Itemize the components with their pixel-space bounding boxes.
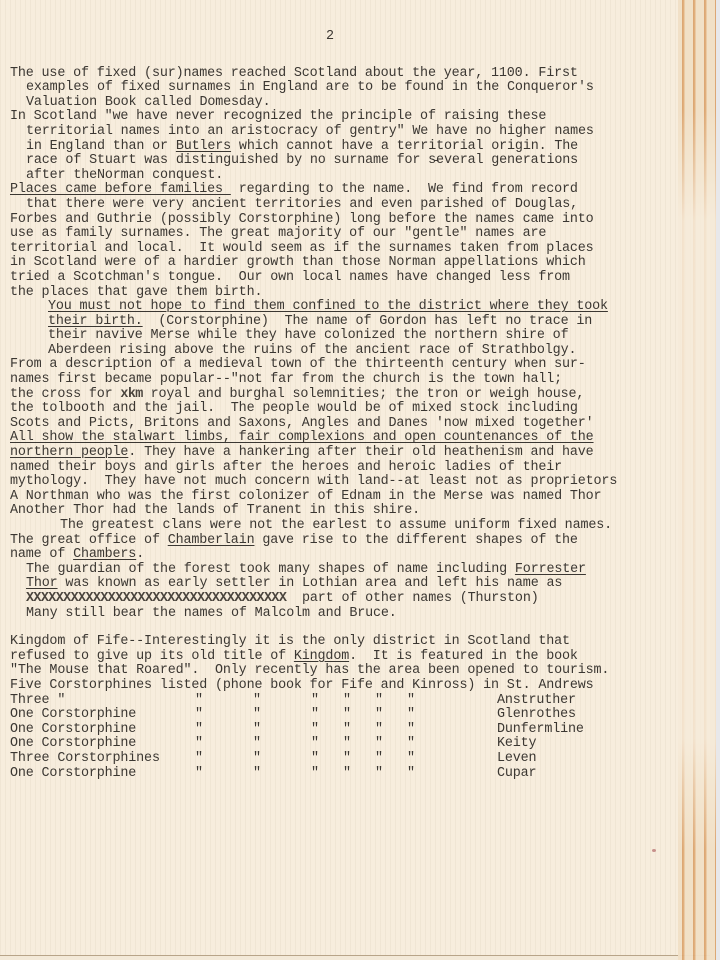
- ditto-mark: ": [375, 767, 407, 782]
- ditto-mark: ": [375, 737, 407, 752]
- ditto-mark: ": [343, 767, 375, 782]
- text-line: race of Stuart was distinguished by no s…: [10, 154, 690, 169]
- text-line: in England than or Butlers which cannot …: [10, 140, 690, 155]
- text-line: Places came before families regarding to…: [10, 183, 690, 198]
- text-line: "The Mouse that Roared". Only recently h…: [10, 664, 690, 679]
- underlined-term: Kingdom: [294, 649, 349, 664]
- listing-town: Dunfermline: [497, 723, 617, 738]
- typed-document: 2 The use of fixed (sur)names reached Sc…: [10, 30, 690, 781]
- text-line: The use of fixed (sur)names reached Scot…: [10, 67, 690, 82]
- scan-edge: [716, 0, 720, 960]
- ditto-mark: ": [253, 752, 311, 767]
- listings-table: Three """""""AnstrutherOne Corstorphine"…: [10, 694, 690, 782]
- listing-row: One Corstorphine""""""Cupar: [10, 767, 690, 782]
- listing-row: One Corstorphine""""""Dunfermline: [10, 723, 690, 738]
- text-line: Five Corstorphines listed (phone book fo…: [10, 679, 690, 694]
- ditto-mark: ": [253, 737, 311, 752]
- text-line: The guardian of the forest took many sha…: [10, 563, 690, 578]
- underlined-term: Butlers: [176, 139, 231, 154]
- listing-row: One Corstorphine""""""Keity: [10, 737, 690, 752]
- text-line: Many still bear the names of Malcolm and…: [10, 607, 690, 622]
- ditto-mark: ": [311, 723, 343, 738]
- underlined-term: Chamberlain: [168, 533, 255, 548]
- ditto-mark: ": [407, 708, 497, 723]
- text-line: named their boys and girls after the her…: [10, 461, 690, 476]
- text-line: Another Thor had the lands of Tranent in…: [10, 504, 690, 519]
- listing-count: One Corstorphine: [10, 737, 195, 752]
- ditto-mark: ": [407, 767, 497, 782]
- text-line: tried a Scotchman's tongue. Our own loca…: [10, 271, 690, 286]
- text-line: You must not hope to find them confined …: [10, 300, 690, 315]
- listing-row: Three """""""Anstruther: [10, 694, 690, 709]
- ditto-mark: ": [311, 694, 343, 709]
- ditto-mark: ": [343, 752, 375, 767]
- text-line: territorial names into an aristocracy of…: [10, 125, 690, 140]
- text-line: their birth. (Corstorphine) The name of …: [10, 315, 690, 330]
- text-line: Valuation Book called Domesday.: [10, 96, 690, 111]
- ditto-mark: ": [375, 752, 407, 767]
- listing-town: Leven: [497, 752, 617, 767]
- underlined-quote: their birth.: [48, 314, 143, 329]
- text-line: All show the stalwart limbs, fair comple…: [10, 431, 690, 446]
- ditto-mark: ": [311, 767, 343, 782]
- text-line: refused to give up its old title of King…: [10, 650, 690, 665]
- struck-text: XXXXXXXXXXXXXXXXXXXXXXXXXXXXXXXXXXX: [26, 591, 286, 606]
- ditto-mark: ": [195, 767, 253, 782]
- listing-town: Glenrothes: [497, 708, 617, 723]
- ditto-mark: ": [343, 737, 375, 752]
- text-line: Thor was known as early settler in Lothi…: [10, 577, 690, 592]
- listing-count: One Corstorphine: [10, 723, 195, 738]
- text-line: XXXXXXXXXXXXXXXXXXXXXXXXXXXXXXXXXXX part…: [10, 592, 690, 607]
- text-line: The great office of Chamberlain gave ris…: [10, 534, 690, 549]
- text-line: the tolbooth and the jail. The people wo…: [10, 402, 690, 417]
- text-line: names first became popular--"not far fro…: [10, 373, 690, 388]
- ditto-mark: ": [195, 752, 253, 767]
- ditto-mark: ": [407, 752, 497, 767]
- ditto-mark: ": [311, 737, 343, 752]
- listing-count: Three Corstorphines: [10, 752, 195, 767]
- text-line: Kingdom of Fife--Interestingly it is the…: [10, 635, 690, 650]
- underlined-term: Forrester: [515, 562, 586, 577]
- ditto-mark: ": [375, 694, 407, 709]
- listing-count: Three ": [10, 694, 195, 709]
- ditto-mark: ": [407, 723, 497, 738]
- ditto-mark: ": [311, 752, 343, 767]
- struck-text: xkm: [120, 387, 142, 402]
- text-line: name of Chambers.: [10, 548, 690, 563]
- page-number: 2: [10, 30, 690, 45]
- ditto-mark: ": [375, 723, 407, 738]
- text-line: that there were very ancient territories…: [10, 198, 690, 213]
- ditto-mark: ": [311, 708, 343, 723]
- ditto-mark: ": [253, 694, 311, 709]
- text-line: use as family surnames. The great majori…: [10, 227, 690, 242]
- ditto-mark: ": [343, 723, 375, 738]
- ditto-mark: ": [195, 694, 253, 709]
- text-line: after theNorman conquest.: [10, 169, 690, 184]
- ditto-mark: ": [195, 737, 253, 752]
- text-line: their navive Merse while they have colon…: [10, 329, 690, 344]
- text-line: Scots and Picts, Britons and Saxons, Ang…: [10, 417, 690, 432]
- text-line: Aberdeen rising above the ruins of the a…: [10, 344, 690, 359]
- underlined-quote: All show the stalwart limbs, fair comple…: [10, 430, 594, 445]
- underlined-term: Chambers: [73, 547, 136, 562]
- text-line: In Scotland "we have never recognized th…: [10, 110, 690, 125]
- listing-count: One Corstorphine: [10, 767, 195, 782]
- listing-town: Cupar: [497, 767, 617, 782]
- ditto-mark: ": [195, 723, 253, 738]
- underlined-quote: northern people: [10, 445, 128, 460]
- ditto-mark: ": [253, 708, 311, 723]
- listing-town: Keity: [497, 737, 617, 752]
- text-line: northern people. They have a hankering a…: [10, 446, 690, 461]
- ditto-mark: ": [195, 708, 253, 723]
- ditto-mark: ": [407, 694, 497, 709]
- ditto-mark: ": [407, 737, 497, 752]
- text-line: examples of fixed surnames in England ar…: [10, 81, 690, 96]
- listing-row: Three Corstorphines""""""Leven: [10, 752, 690, 767]
- text-line: territorial and local. It would seem as …: [10, 242, 690, 257]
- ditto-mark: ": [343, 708, 375, 723]
- text-line: The greatest clans were not the earlest …: [10, 519, 690, 534]
- underlined-term: Thor: [26, 576, 58, 591]
- text-line: Forbes and Guthrie (possibly Corstorphin…: [10, 213, 690, 228]
- underlined-quote: You must not hope to find them confined …: [48, 299, 608, 314]
- ditto-mark: ": [253, 767, 311, 782]
- listing-row: One Corstorphine""""""Glenrothes: [10, 708, 690, 723]
- text-line: the places that gave them birth.: [10, 286, 690, 301]
- listing-town: Anstruther: [497, 694, 617, 709]
- ditto-mark: ": [375, 708, 407, 723]
- text-line: the cross for xkm royal and burghal sole…: [10, 388, 690, 403]
- ditto-mark: ": [253, 723, 311, 738]
- text-line: in Scotland were of a hardier growth tha…: [10, 256, 690, 271]
- text-line: mythology. They have not much concern wi…: [10, 475, 690, 490]
- text-line: From a description of a medieval town of…: [10, 358, 690, 373]
- underlined-heading: Places came before families: [10, 182, 231, 197]
- text-line: A Northman who was the first colonizer o…: [10, 490, 690, 505]
- listing-count: One Corstorphine: [10, 708, 195, 723]
- ink-spot: [652, 849, 656, 852]
- ditto-mark: ": [343, 694, 375, 709]
